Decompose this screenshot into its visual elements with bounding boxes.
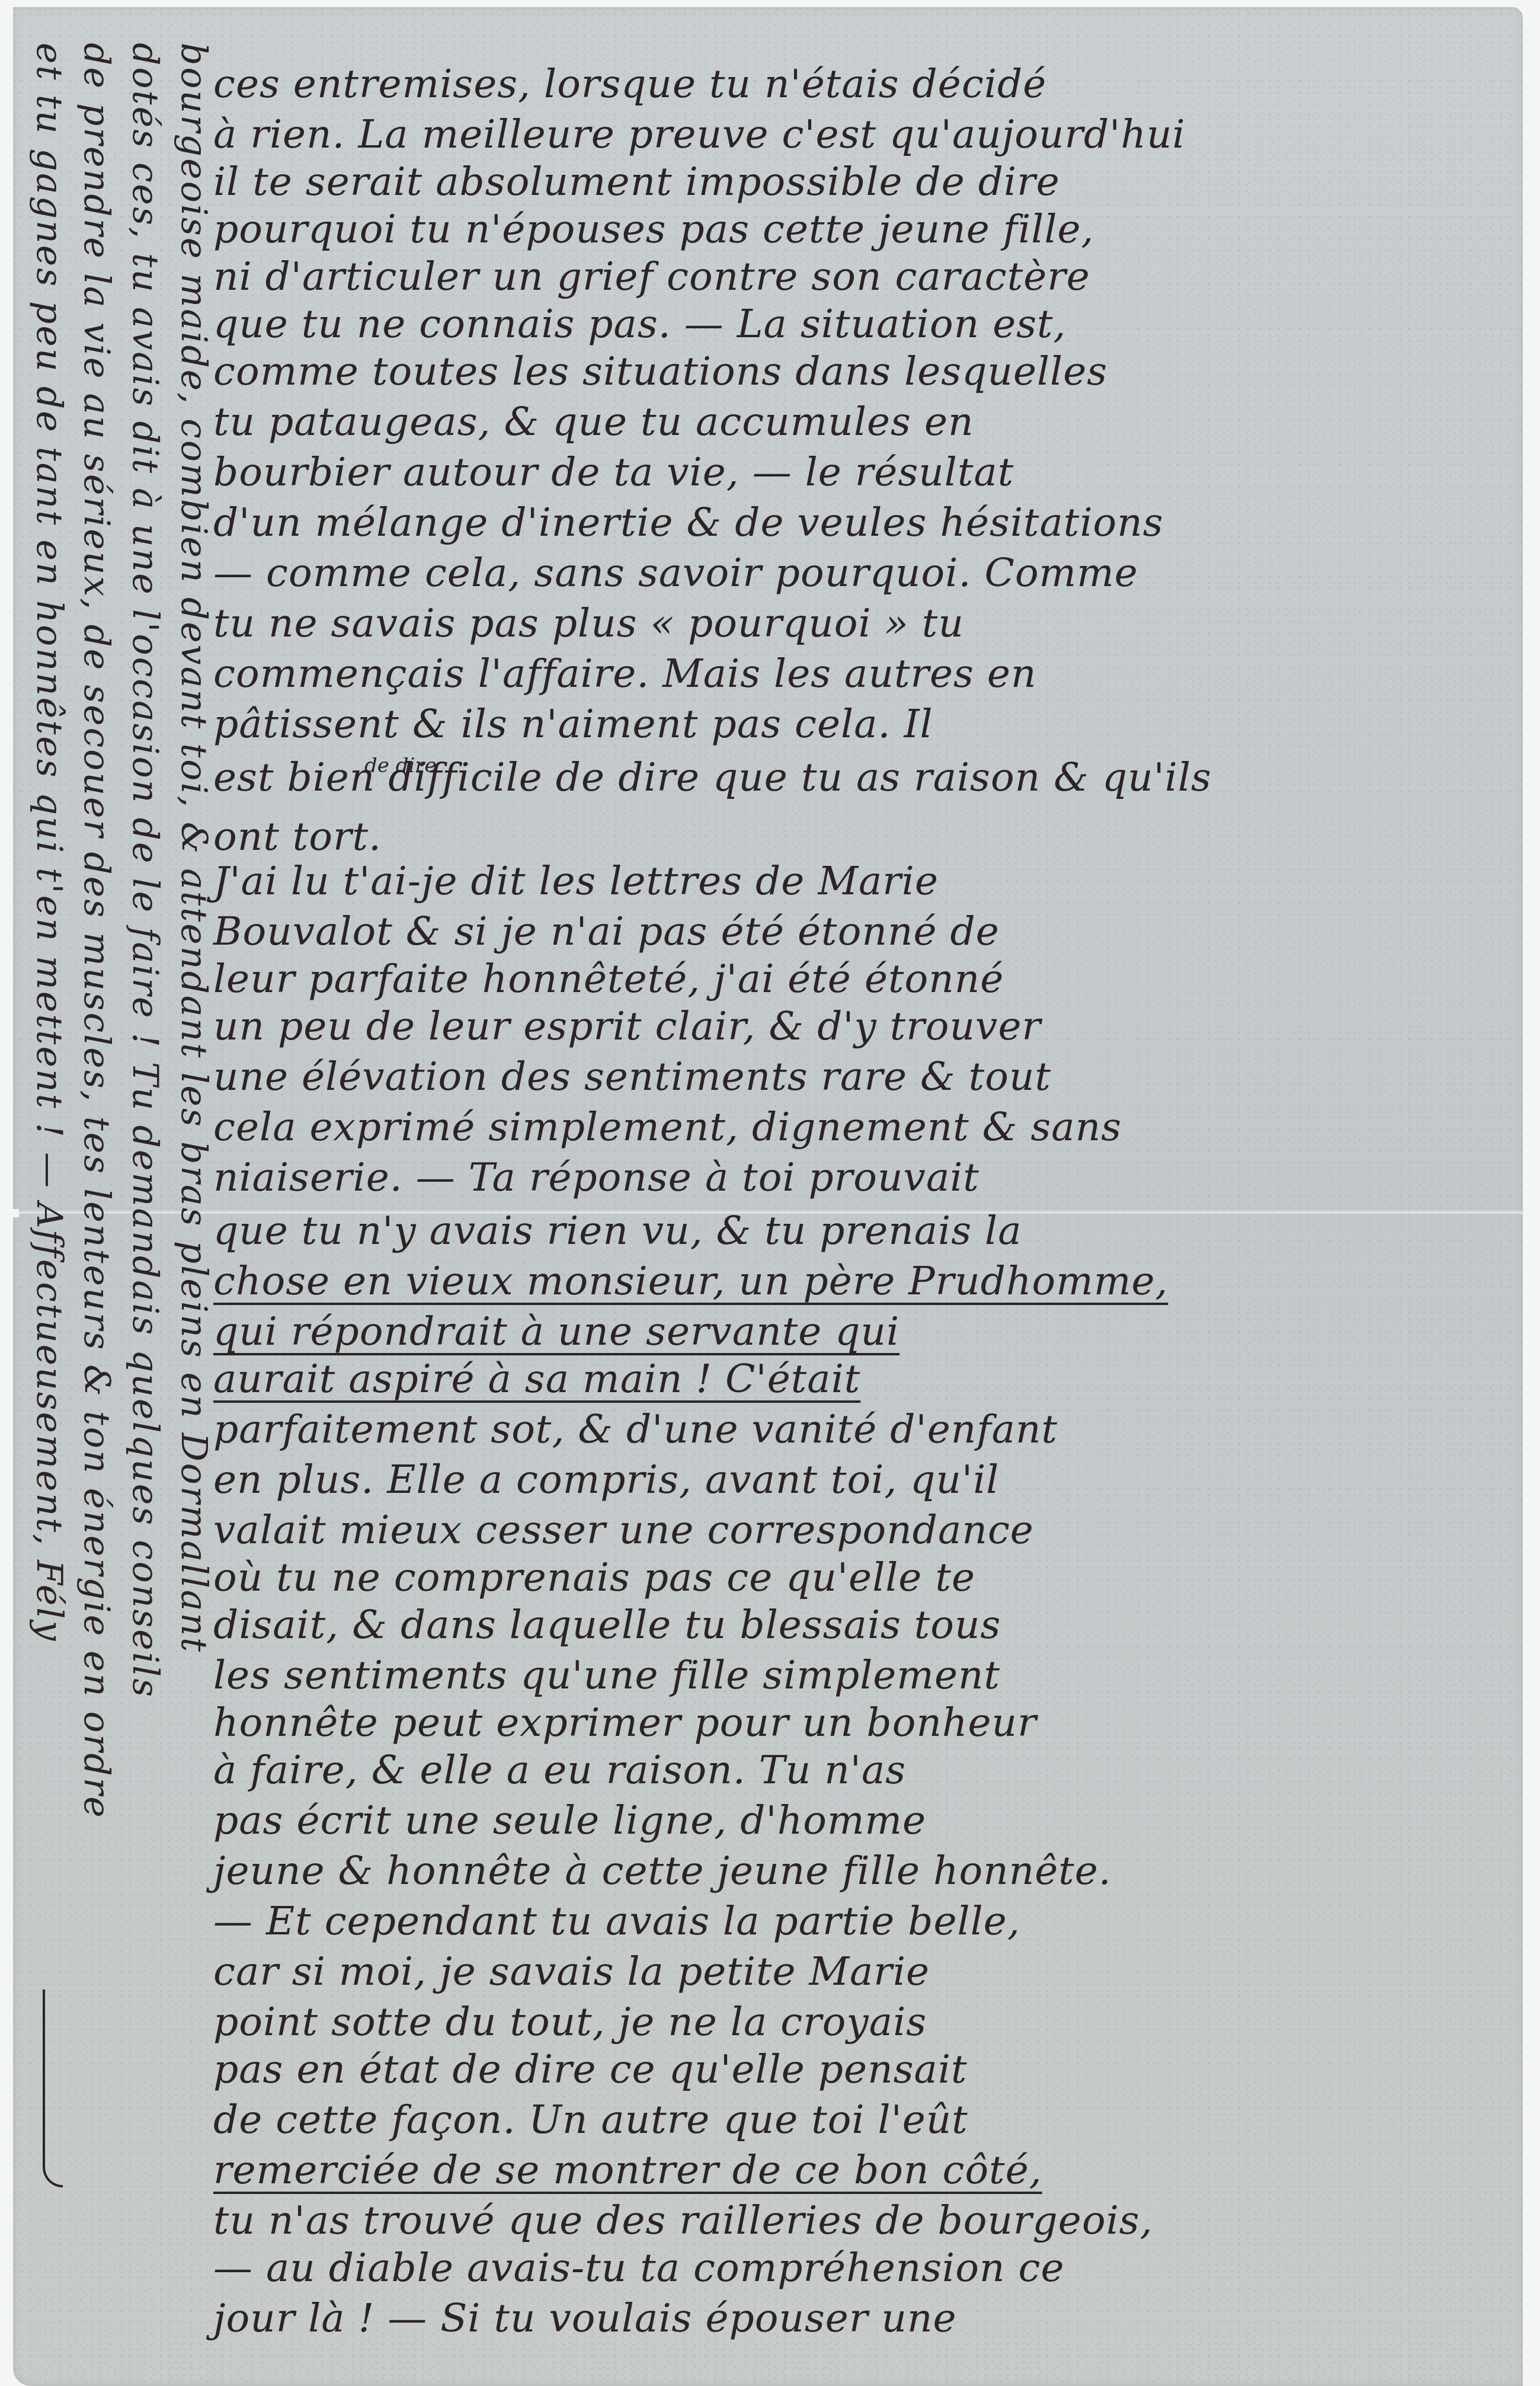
- text-line: pas en état de dire ce qu'elle pensait: [213, 2046, 968, 2093]
- text-line: leur parfaite honnêteté, j'ai été étonné: [213, 955, 1004, 1003]
- text-line: valait mieux cesser une correspondance: [213, 1507, 1034, 1554]
- text-line: — Et cependant tu avais la partie belle,: [213, 1898, 1020, 1945]
- text-line: point sotte du tout, je ne la croyais: [213, 1998, 927, 2046]
- text-line: une élévation des sentiments rare & tout: [213, 1053, 1051, 1101]
- text-line: est bien difficile de dire que tu as rai…: [213, 754, 1212, 801]
- text-line: — comme cela, sans savoir pourquoi. Comm…: [213, 549, 1138, 597]
- text-line: niaiserie. — Ta réponse à toi prouvait: [213, 1154, 979, 1201]
- signature-flourish: [43, 1990, 63, 2187]
- margin-line: dotés ces, tu avais dit à une l'occasion…: [124, 43, 166, 1699]
- text-line: J'ai lu t'ai-je dit les lettres de Marie: [213, 858, 939, 905]
- text-line: parfaitement sot, & d'une vanité d'enfan…: [213, 1406, 1058, 1453]
- letter-page: bourgeoise maide, combien devant toi, & …: [13, 7, 1523, 2386]
- text-line: où tu ne comprenais pas ce qu'elle te: [213, 1554, 975, 1601]
- text-line: de cette façon. Un autre que toi l'eût: [213, 2096, 968, 2144]
- text-line: aurait aspiré à sa main ! C'était: [213, 1355, 860, 1403]
- text-line: pâtissent & ils n'aiment pas cela. Il: [213, 701, 933, 748]
- text-line: que tu ne connais pas. — La situation es…: [213, 300, 1067, 348]
- text-line: ni d'articuler un grief contre son carac…: [213, 253, 1090, 300]
- text-line: chose en vieux monsieur, un père Prudhom…: [213, 1258, 1168, 1305]
- text-line: d'un mélange d'inertie & de veules hésit…: [213, 499, 1164, 546]
- text-line: pas écrit une seule ligne, d'homme: [213, 1797, 926, 1844]
- text-line: jour là ! — Si tu voulais épouser une: [213, 2295, 957, 2342]
- text-line: les sentiments qu'une fille simplement: [213, 1652, 1000, 1699]
- letter-body: ces entremises, lorsque tu n'étais décid…: [213, 25, 1511, 2372]
- text-line: comme toutes les situations dans lesquel…: [213, 348, 1107, 395]
- text-line: qui répondrait à une servante qui: [213, 1308, 899, 1355]
- text-line: en plus. Elle a compris, avant toi, qu'i…: [213, 1456, 999, 1504]
- text-line: cela exprimé simplement, dignement & san…: [213, 1104, 1122, 1151]
- text-line: que tu n'y avais rien vu, & tu prenais l…: [213, 1207, 1022, 1255]
- text-line: il te serait absolument impossible de di…: [213, 158, 1060, 206]
- margin-text: bourgeoise maide, combien devant toi, & …: [13, 7, 203, 2318]
- text-line: car si moi, je savais la petite Marie: [213, 1948, 930, 1995]
- text-line: à faire, & elle a eu raison. Tu n'as: [213, 1747, 906, 1794]
- text-line: honnête peut exprimer pour un bonheur: [213, 1699, 1037, 1747]
- text-line: jeune & honnête à cette jeune fille honn…: [213, 1847, 1112, 1895]
- text-line: bourbier autour de ta vie, — le résultat: [213, 449, 1014, 496]
- text-line: pourquoi tu n'épouses pas cette jeune fi…: [213, 206, 1094, 253]
- text-line: Bouvalot & si je n'ai pas été étonné de: [213, 908, 1000, 955]
- text-line: ces entremises, lorsque tu n'étais décid…: [213, 60, 1046, 108]
- margin-line: de prendre la vie au sérieux, de secouer…: [76, 43, 117, 1819]
- text-line: ont tort.: [213, 813, 382, 861]
- text-line: tu pataugeas, & que tu accumules en: [213, 398, 974, 446]
- text-line: commençais l'affaire. Mais les autres en: [213, 650, 1037, 698]
- text-line: à rien. La meilleure preuve c'est qu'auj…: [213, 111, 1186, 158]
- text-line: un peu de leur esprit clair, & d'y trouv…: [213, 1003, 1041, 1050]
- text-line: — au diable avais-tu ta compréhension ce: [213, 2244, 1064, 2292]
- text-line: remerciée de se montrer de ce bon côté,: [213, 2147, 1042, 2194]
- text-line: disait, & dans laquelle tu blessais tous: [213, 1601, 1001, 1649]
- margin-line: et tu gagnes peu de tant en honnêtes qui…: [28, 43, 70, 1642]
- margin-line: bourgeoise maide, combien devant toi, & …: [173, 43, 214, 1653]
- text-line: tu n'as trouvé que des railleries de bou…: [213, 2197, 1153, 2244]
- text-line: tu ne savais pas plus « pourquoi » tu: [213, 600, 964, 647]
